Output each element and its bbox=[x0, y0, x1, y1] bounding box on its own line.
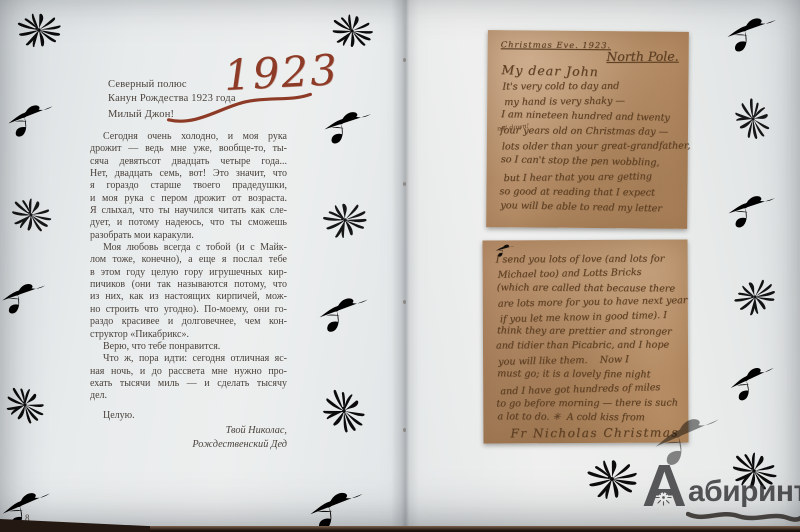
paragraph: Моя любовь всегда с тобой (и с Майк-лом … bbox=[90, 242, 287, 341]
labirint-underline-swoosh bbox=[686, 508, 800, 524]
letter-body-text: Сегодня очень холодно, и моя рукадрожит … bbox=[90, 131, 287, 422]
text-line: но строить что угодно). По-моему, они го… bbox=[90, 304, 287, 316]
handwritten-year-1923: 1923 bbox=[223, 49, 340, 97]
paragraph: Сегодня очень холодно, и моя рукадрожит … bbox=[90, 131, 287, 242]
text-line: дрожит — ведь мне уже, вообще-то, ты- bbox=[90, 143, 287, 155]
text-line: лом тоже, конечно), а еще я послал тебе bbox=[90, 254, 287, 266]
labirint-logo-letter: А bbox=[642, 458, 687, 517]
text-line: Нет, двадцать семь, вот! Это значит, что bbox=[90, 168, 287, 180]
scanned-letter-top: Christmas Eve. 1923.North Pole.My dear J… bbox=[486, 30, 689, 229]
ink-flourish-decoration bbox=[725, 356, 782, 408]
letter-salutation: Милый Джон! bbox=[108, 109, 174, 120]
ink-starburst-decoration bbox=[9, 6, 68, 53]
text-line: из них, как из настоящих кирпичей, мож- bbox=[90, 291, 287, 303]
text-line: дел. bbox=[90, 390, 287, 402]
binding-stitch bbox=[403, 58, 406, 62]
text-line: Я слыхал, что ты научился читать как сле… bbox=[90, 205, 287, 217]
letter-signature: Твой Николас, Рождественский Дед bbox=[90, 424, 289, 452]
ink-flourish-decoration bbox=[723, 10, 782, 56]
text-line: ная ночь, и до рассвета мне нужно про- bbox=[90, 366, 287, 378]
signature-title: Рождественский Дед bbox=[90, 438, 287, 452]
labirint-watermark: А абиринт bbox=[642, 458, 800, 528]
labirint-logo-text: абиринт bbox=[688, 475, 800, 509]
ink-flourish-decoration bbox=[0, 274, 49, 319]
text-line: Верю, что тебе понравится. bbox=[90, 341, 287, 353]
ink-starburst-decoration bbox=[324, 10, 379, 52]
text-line: Сегодня очень холодно, и моя рука bbox=[90, 131, 287, 143]
text-line: я гораздо старше твоего прадедушки, bbox=[90, 180, 287, 192]
book-gutter-fold bbox=[391, 0, 419, 526]
text-line: Что ж, пора идти: сегодня отличная яс- bbox=[90, 353, 287, 365]
labirint-sun-icon bbox=[655, 489, 672, 506]
text-line: Целую. bbox=[90, 410, 287, 422]
text-line: Моя любовь всегда с тобой (и с Майк- bbox=[90, 242, 287, 254]
paragraph: Верю, что тебе понравится. bbox=[90, 341, 287, 353]
ink-flourish-decoration bbox=[4, 96, 58, 143]
ink-flourish-decoration bbox=[721, 188, 783, 231]
paragraph: Целую. bbox=[90, 410, 287, 422]
binding-stitch bbox=[403, 300, 406, 304]
text-line: дует, и потому надеюсь, что ты сможешь bbox=[90, 217, 287, 229]
text-line: ехать тысячи миль — и сделать тысячу bbox=[90, 378, 287, 390]
ink-flourish-decoration bbox=[304, 483, 370, 532]
text-line: и моя рука с пером дрожит от возраста. bbox=[90, 193, 287, 205]
paragraph: Что ж, пора идти: сегодня отличная яс-на… bbox=[90, 353, 287, 402]
signature-name: Твой Николас, bbox=[90, 424, 287, 438]
text-line: разобрать мои каракули. bbox=[90, 230, 287, 242]
dateline-place: Северный полюс bbox=[108, 78, 236, 92]
ink-flourish-decoration bbox=[319, 105, 377, 148]
handwritten-line: think they are prettier and stronger bbox=[497, 324, 683, 340]
binding-stitch bbox=[403, 182, 406, 186]
ink-flourish-decoration bbox=[314, 290, 373, 337]
ink-flourish-decoration bbox=[492, 242, 518, 258]
book-spread: Северный полюс Канун Рождества 1923 года… bbox=[0, 0, 800, 532]
handwritten-line: you will be able to read my letter bbox=[500, 198, 682, 217]
handwritten-line: but I hear that you are getting bbox=[503, 168, 685, 185]
text-line: раздо красивее и долговечнее, чем кон- bbox=[90, 316, 287, 328]
binding-stitch bbox=[403, 428, 406, 432]
text-line: пичиков (они так называются потому, что bbox=[90, 279, 287, 291]
handwritten-line: It's very cold to day and bbox=[502, 79, 684, 95]
text-line: структор «Пикабрикс». bbox=[90, 329, 287, 341]
text-line: в этом году целую гору игрушечных кир- bbox=[90, 267, 287, 279]
text-line: сяча девятьсот двадцать четыре года... bbox=[90, 156, 287, 168]
